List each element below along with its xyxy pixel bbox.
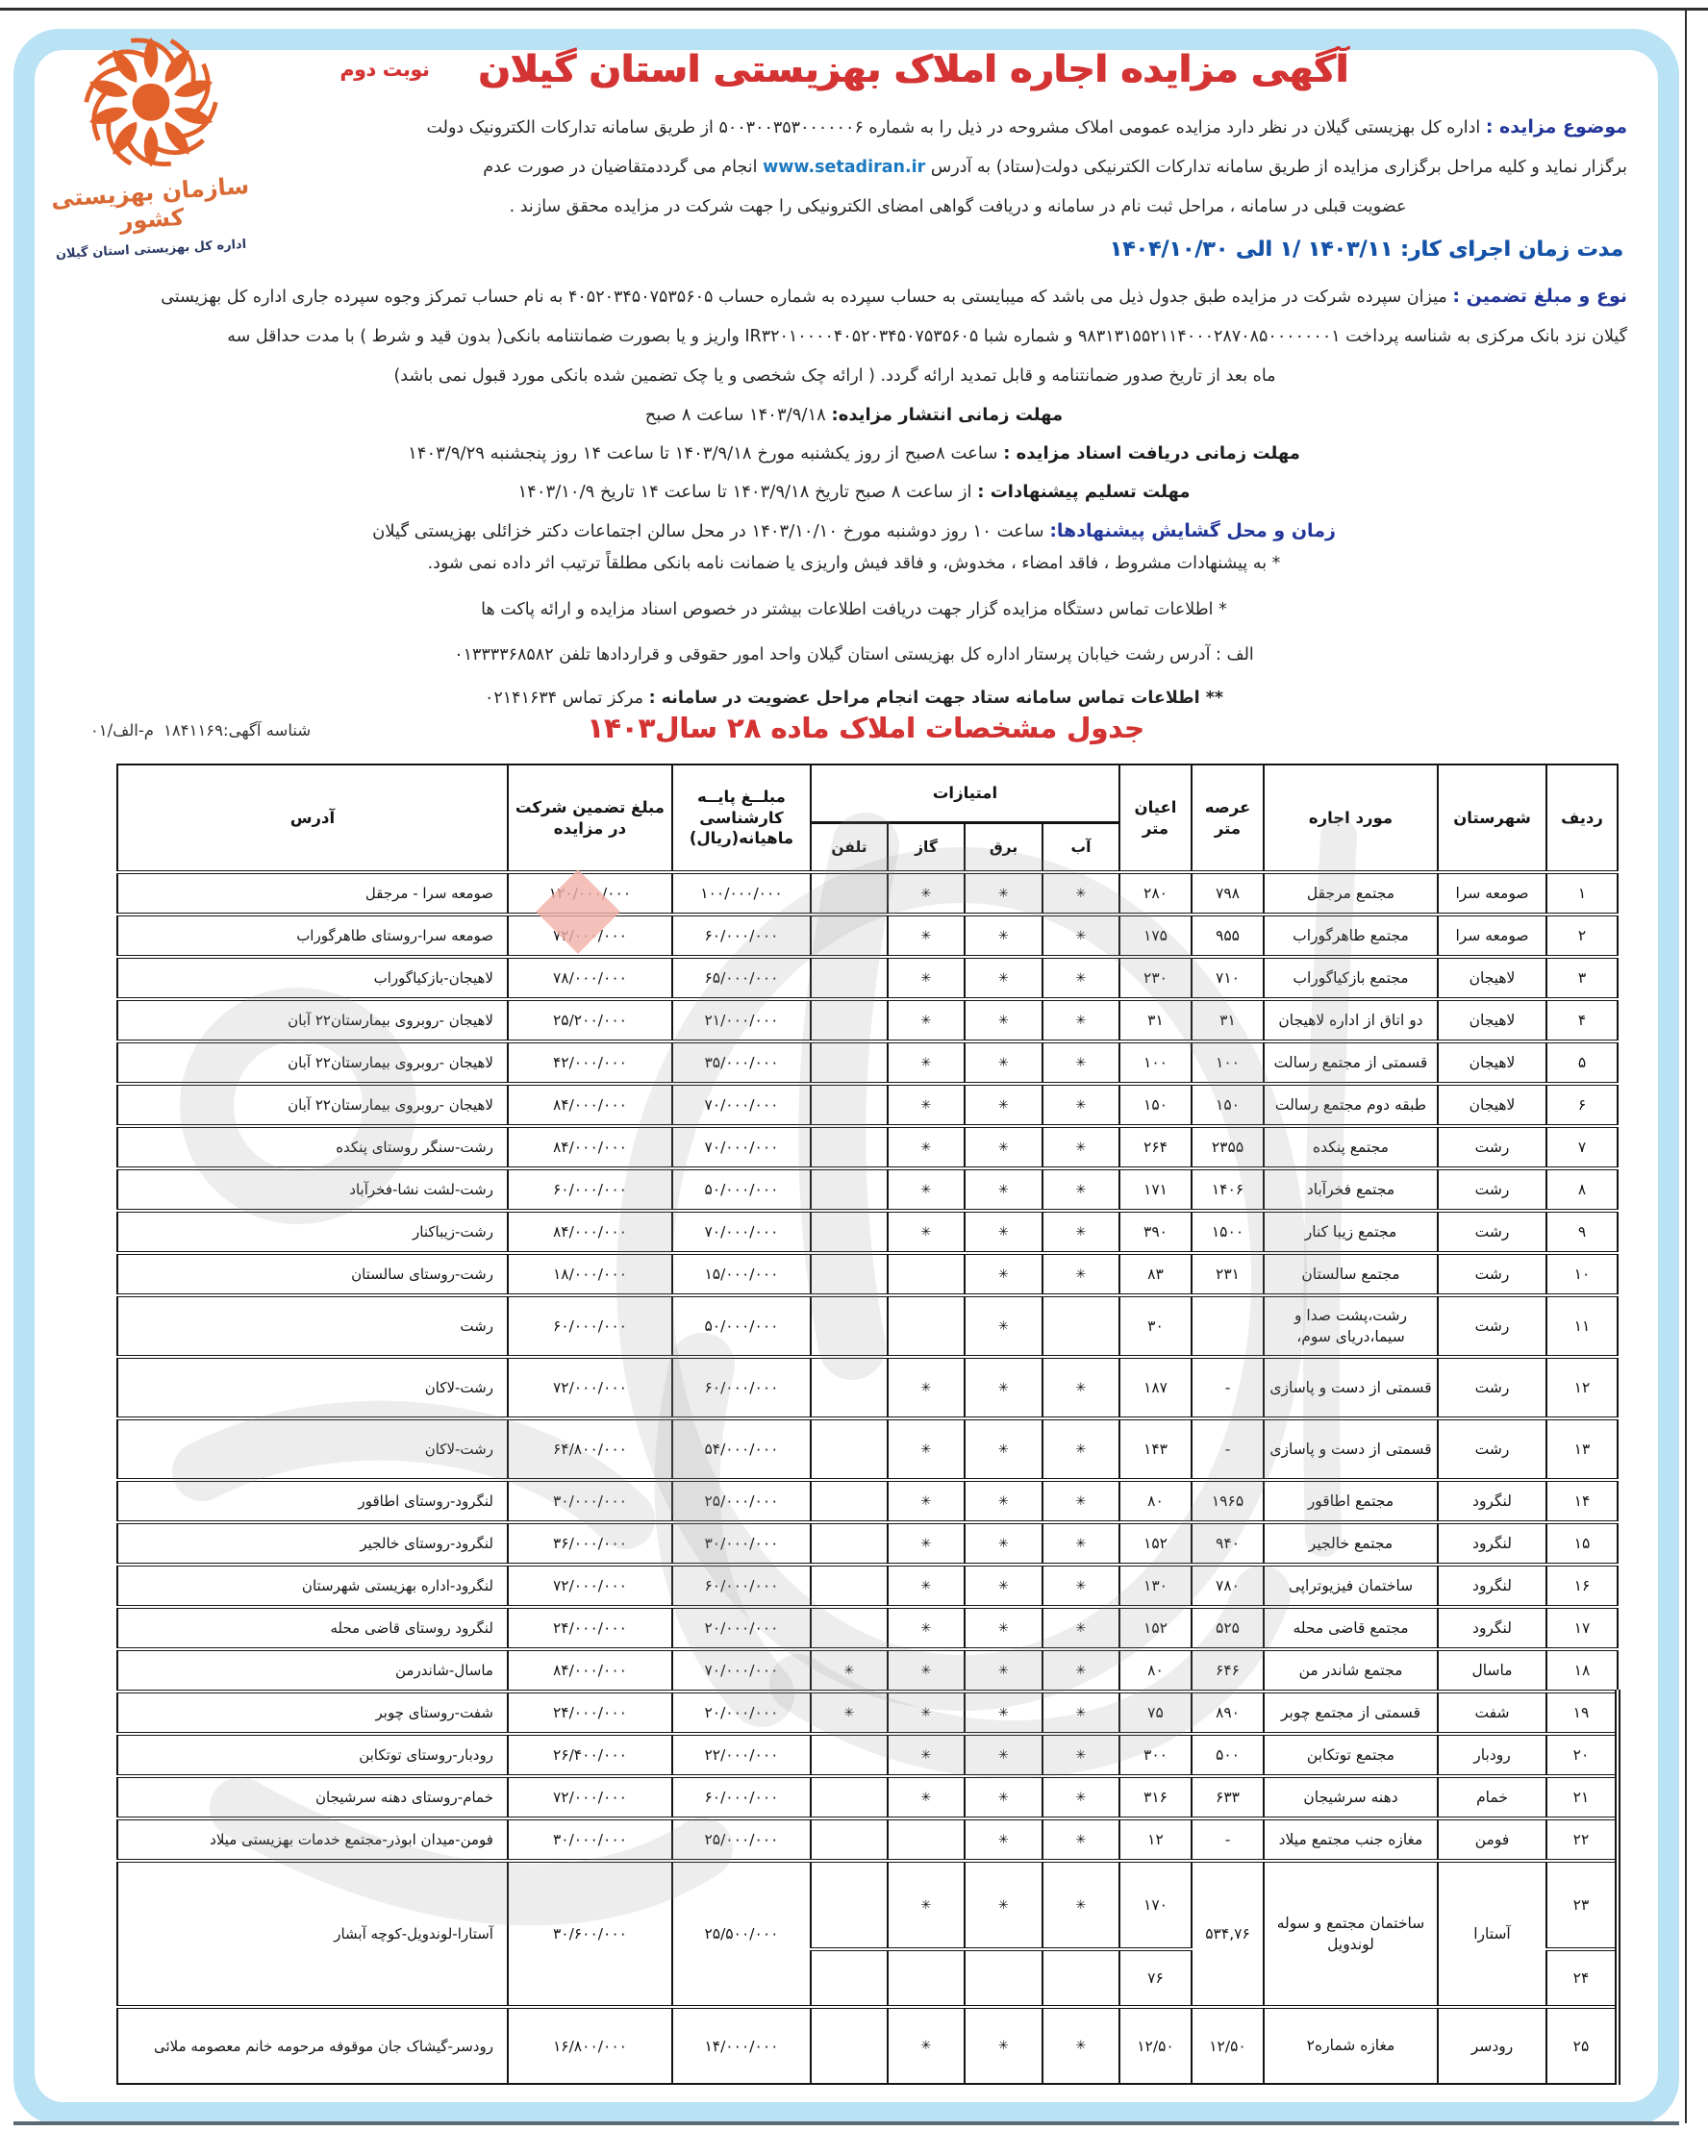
table-row: ۱۴لنگرودمجتمع اطاقور۱۹۶۵۸۰✳✳✳۲۵/۰۰۰/۰۰۰۳…: [117, 1480, 1618, 1522]
priv-gas-cell: ✳: [888, 1776, 965, 1818]
deposit-amount-cell: ۸۴/۰۰۰/۰۰۰: [508, 1084, 672, 1126]
priv-gas-cell: ✳: [888, 915, 965, 957]
arseh-cell: ۲۳۵۵: [1192, 1126, 1264, 1168]
base-amount-cell: ۶۰/۰۰۰/۰۰۰: [672, 1776, 811, 1818]
base-amount-cell: ۲۵/۰۰۰/۰۰۰: [672, 1480, 811, 1522]
priv-elec-cell: ✳: [965, 1480, 1042, 1522]
table-row: ۲۰رودبارمجتمع توتکابن۵۰۰۳۰۰✳✳✳۲۲/۰۰۰/۰۰۰…: [117, 1734, 1618, 1776]
deadlines-block: مهلت زمانی انتشار مزایده: ۱۴۰۳/۹/۱۸ ساعت…: [181, 396, 1527, 551]
priv-phone-cell: [811, 999, 888, 1041]
arseh-cell: -: [1192, 1818, 1264, 1861]
priv-water-cell: ✳: [1042, 1607, 1119, 1649]
row-number: ۱: [1546, 872, 1618, 915]
priv-phone-cell: [811, 1295, 888, 1357]
city-cell: رشت: [1438, 1295, 1546, 1357]
priv-water-cell: ✳: [1042, 1253, 1119, 1295]
priv-phone-cell: [811, 915, 888, 957]
table-row: ۸رشتمجتمع فخرآباد۱۴۰۶۱۷۱✳✳✳۵۰/۰۰۰/۰۰۰۶۰/…: [117, 1168, 1618, 1211]
priv-phone-cell: [811, 1522, 888, 1565]
ayan-cell: ۱۵۰: [1119, 1084, 1192, 1126]
priv-gas-cell: ✳: [888, 1211, 965, 1253]
priv-water-cell: ✳: [1042, 1168, 1119, 1211]
priv-gas-cell: ✳: [888, 1734, 965, 1776]
guarantee-line-3: ماه بعد از تاریخ صدور ضمانتنامه و قابل ت…: [42, 357, 1627, 396]
priv-gas-cell: ✳: [888, 2007, 965, 2084]
priv-water-cell: ✳: [1042, 1649, 1119, 1692]
city-cell: رشت: [1438, 1126, 1546, 1168]
row-number: ۲۱: [1546, 1776, 1618, 1818]
priv-water-cell: ✳: [1042, 957, 1119, 999]
table-row: ۴لاهیجاندو اتاق از اداره لاهیجان۳۱۳۱✳✳✳۲…: [117, 999, 1618, 1041]
priv-water-cell: ✳: [1042, 915, 1119, 957]
note-address-phone: الف : آدرس رشت خیابان پرستار اداره کل به…: [181, 645, 1527, 664]
table-row: ۱۳رشتقسمتی از دست و پاسازی-۱۴۳✳✳✳۵۴/۰۰۰/…: [117, 1418, 1618, 1480]
setadiran-url: www.setadiran.ir: [763, 158, 925, 177]
row-number: ۲: [1546, 915, 1618, 957]
top-rule: [0, 8, 1708, 11]
deposit-amount-cell: ۷۲/۰۰۰/۰۰۰: [508, 915, 672, 957]
priv-elec-cell: ✳: [965, 999, 1042, 1041]
priv-water-cell: [1042, 1949, 1119, 2007]
deadline-submit: مهلت تسلیم پیشنهادات : از ساعت ۸ صبح تار…: [181, 473, 1527, 512]
ayan-cell: ۱۳۰: [1119, 1565, 1192, 1607]
subject-cell: قسمتی از مجتمع رسالت: [1264, 1041, 1438, 1084]
arseh-cell: ۱۰۰: [1192, 1041, 1264, 1084]
col-elec: برق: [965, 823, 1042, 873]
priv-elec-cell: ✳: [965, 1168, 1042, 1211]
priv-phone-cell: [811, 1357, 888, 1418]
address-cell: رشت-لشت نشا-فخرآباد: [117, 1168, 508, 1211]
deposit-amount-cell: ۷۸/۰۰۰/۰۰۰: [508, 957, 672, 999]
priv-gas-cell: ✳: [888, 1480, 965, 1522]
ayan-cell: ۲۳۰: [1119, 957, 1192, 999]
priv-elec-cell: ✳: [965, 1418, 1042, 1480]
col-city: شهرستان: [1438, 765, 1546, 872]
priv-elec-cell: ✳: [965, 1565, 1042, 1607]
priv-gas-cell: ✳: [888, 1357, 965, 1418]
city-cell: ماسال: [1438, 1649, 1546, 1692]
col-base: مبلــغ پایــه کارشناسی ماهیانه(ریال): [672, 765, 811, 872]
table-row: ۲۳آستاراساختمان مجتمع و سوله لوندویل۵۳۴,…: [117, 1861, 1618, 1949]
arseh-cell: ۶۳۳: [1192, 1776, 1264, 1818]
ayan-cell: ۳۹۰: [1119, 1211, 1192, 1253]
subject-cell: قسمتی از دست و پاسازی: [1264, 1357, 1438, 1418]
base-amount-cell: ۵۰/۰۰۰/۰۰۰: [672, 1168, 811, 1211]
subject-cell: قسمتی از دست و پاسازی: [1264, 1418, 1438, 1480]
priv-elec-cell: ✳: [965, 1084, 1042, 1126]
table-row: ۱۶لنگرودساختمان فیزیوتراپی۷۸۰۱۳۰✳✳✳۶۰/۰۰…: [117, 1565, 1618, 1607]
deposit-amount-cell: ۳۰/۰۰۰/۰۰۰: [508, 1480, 672, 1522]
row-number: ۷: [1546, 1126, 1618, 1168]
row-number: ۱۶: [1546, 1565, 1618, 1607]
note-conditions: * به پیشنهادات مشروط ، فاقد امضاء ، مخدو…: [181, 554, 1527, 573]
priv-elec-cell: ✳: [965, 1776, 1042, 1818]
base-amount-cell: ۱۰۰/۰۰۰/۰۰۰: [672, 872, 811, 915]
priv-phone-cell: [811, 2007, 888, 2084]
row-number: ۱۹: [1546, 1692, 1618, 1734]
priv-phone-cell: [811, 872, 888, 915]
arseh-cell: ۷۹۸: [1192, 872, 1264, 915]
row-number: ۳: [1546, 957, 1618, 999]
subject-cell: مجتمع خالجیر: [1264, 1522, 1438, 1565]
base-amount-cell: ۲۵/۵۰۰/۰۰۰: [672, 1861, 811, 2007]
priv-gas-cell: ✳: [888, 1649, 965, 1692]
priv-gas-cell: ✳: [888, 1692, 965, 1734]
priv-elec-cell: ✳: [965, 1357, 1042, 1418]
priv-elec-cell: ✳: [965, 1861, 1042, 1949]
subject-cell: مجتمع توتکابن: [1264, 1734, 1438, 1776]
base-amount-cell: ۱۴/۰۰۰/۰۰۰: [672, 2007, 811, 2084]
base-amount-cell: ۵۰/۰۰۰/۰۰۰: [672, 1295, 811, 1357]
city-cell: فومن: [1438, 1818, 1546, 1861]
priv-gas-cell: ✳: [888, 1418, 965, 1480]
table-row: ۱۸ماسالمجتمع شاندر من۶۴۶۸۰✳✳✳✳۷۰/۰۰۰/۰۰۰…: [117, 1649, 1618, 1692]
base-amount-cell: ۷۰/۰۰۰/۰۰۰: [672, 1126, 811, 1168]
arseh-cell: ۱۹۶۵: [1192, 1480, 1264, 1522]
priv-gas-cell: ✳: [888, 1522, 965, 1565]
col-phone: تلفن: [811, 823, 888, 873]
base-amount-cell: ۵۴/۰۰۰/۰۰۰: [672, 1418, 811, 1480]
priv-gas-cell: ✳: [888, 1084, 965, 1126]
priv-phone-cell: [811, 1949, 888, 2007]
arseh-cell: ۲۳۱: [1192, 1253, 1264, 1295]
frame-bottom-rule: [13, 2121, 1679, 2125]
priv-elec-cell: ✳: [965, 872, 1042, 915]
priv-water-cell: ✳: [1042, 1734, 1119, 1776]
address-cell: رشت-لاکان: [117, 1418, 508, 1480]
priv-phone-cell: [811, 1253, 888, 1295]
ayan-cell: ۱۲/۵۰: [1119, 2007, 1192, 2084]
row-number: ۲۴: [1546, 1949, 1618, 2007]
priv-water-cell: ✳: [1042, 1818, 1119, 1861]
arseh-cell: ۷۱۰: [1192, 957, 1264, 999]
col-address: آدرس: [117, 765, 508, 872]
priv-gas-cell: ✳: [888, 1565, 965, 1607]
city-cell: شفت: [1438, 1692, 1546, 1734]
address-cell: رودبار-روستای توتکابن: [117, 1734, 508, 1776]
table-title: جدول مشخصات املاک ماده ۲۸ سال۱۴۰۳: [289, 712, 1443, 744]
page-title: آگهی مزایده اجاره املاک بهزیستی استان گی…: [385, 48, 1443, 91]
table-row: ۱۵لنگرودمجتمع خالجیر۹۴۰۱۵۲✳✳✳۳۰/۰۰۰/۰۰۰۳…: [117, 1522, 1618, 1565]
table-row: ۶لاهیجانطبقه دوم مجتمع رسالت۱۵۰۱۵۰✳✳✳۷۰/…: [117, 1084, 1618, 1126]
ayan-cell: ۸۳: [1119, 1253, 1192, 1295]
deposit-amount-cell: ۲۶/۴۰۰/۰۰۰: [508, 1734, 672, 1776]
table-row: ۱۱رشترشت،پشت صدا و سیما،دریای سوم،۳۰✳۵۰/…: [117, 1295, 1618, 1357]
priv-phone-cell: [811, 1565, 888, 1607]
deposit-amount-cell: ۲۴/۰۰۰/۰۰۰: [508, 1607, 672, 1649]
priv-phone-cell: [811, 1168, 888, 1211]
ayan-cell: ۸۰: [1119, 1480, 1192, 1522]
priv-elec-cell: ✳: [965, 1692, 1042, 1734]
priv-elec-cell: ✳: [965, 1734, 1042, 1776]
priv-elec-cell: [965, 1949, 1042, 2007]
deposit-amount-cell: ۳۶/۰۰۰/۰۰۰: [508, 1522, 672, 1565]
priv-gas-cell: ✳: [888, 1126, 965, 1168]
arseh-cell: ۱۵۰: [1192, 1084, 1264, 1126]
address-cell: خمام-روستای دهنه سرشیجان: [117, 1776, 508, 1818]
priv-water-cell: ✳: [1042, 1776, 1119, 1818]
city-cell: لنگرود: [1438, 1607, 1546, 1649]
priv-gas-cell: ✳: [888, 1861, 965, 1949]
priv-elec-cell: ✳: [965, 1522, 1042, 1565]
deposit-amount-cell: ۶۰/۰۰۰/۰۰۰: [508, 1168, 672, 1211]
deadline-opening: زمان و محل گشایش پیشنهادها: ساعت ۱۰ روز …: [181, 512, 1527, 551]
base-amount-cell: ۶۰/۰۰۰/۰۰۰: [672, 915, 811, 957]
base-amount-cell: ۷۰/۰۰۰/۰۰۰: [672, 1649, 811, 1692]
priv-gas-cell: [888, 1253, 965, 1295]
address-cell: صومعه سرا - مرجقل: [117, 872, 508, 915]
table-row: ۵لاهیجانقسمتی از مجتمع رسالت۱۰۰۱۰۰✳✳✳۳۵/…: [117, 1041, 1618, 1084]
arseh-cell: ۹۴۰: [1192, 1522, 1264, 1565]
row-number: ۱۲: [1546, 1357, 1618, 1418]
work-duration: مدت زمان اجرای کار: ۱/ ۱۴۰۳/۱۱ الی ۱۴۰۴/…: [1110, 238, 1623, 262]
subject-cell: مغازه شماره۲: [1264, 2007, 1438, 2084]
deadline-publish: مهلت زمانی انتشار مزایده: ۱۴۰۳/۹/۱۸ ساعت…: [181, 396, 1527, 435]
subject-cell: مجتمع اطاقور: [1264, 1480, 1438, 1522]
base-amount-cell: ۷۰/۰۰۰/۰۰۰: [672, 1084, 811, 1126]
city-cell: رشت: [1438, 1253, 1546, 1295]
row-number: ۲۵: [1546, 2007, 1618, 2084]
priv-elec-cell: ✳: [965, 1211, 1042, 1253]
table-body: ۱صومعه سرامجتمع مرجقل۷۹۸۲۸۰✳✳✳۱۰۰/۰۰۰/۰۰…: [117, 872, 1618, 2084]
round-label: نوبت دوم: [317, 58, 452, 81]
subject-line-3: عضویت قبلی در سامانه ، مراحل ثبت نام در …: [289, 188, 1627, 227]
priv-gas-cell: ✳: [888, 1607, 965, 1649]
properties-table-wrap: ردیف شهرستان مورد اجاره عرصه متر اعیان م…: [120, 764, 1620, 2085]
ayan-cell: ۳۱۶: [1119, 1776, 1192, 1818]
arseh-cell: ۱۵۰۰: [1192, 1211, 1264, 1253]
base-amount-cell: ۶۵/۰۰۰/۰۰۰: [672, 957, 811, 999]
subject-line-2: برگزار نماید و کلیه مراحل برگزاری مزایده…: [289, 148, 1627, 188]
address-cell: لاهیجان -روبروی بیمارستان۲۲ آبان: [117, 1041, 508, 1084]
table-header: ردیف شهرستان مورد اجاره عرصه متر اعیان م…: [117, 765, 1618, 872]
row-number: ۱۴: [1546, 1480, 1618, 1522]
city-cell: لاهیجان: [1438, 1084, 1546, 1126]
table-row: ۳لاهیجانمجتمع بازکیاگوراب۷۱۰۲۳۰✳✳✳۶۵/۰۰۰…: [117, 957, 1618, 999]
arseh-cell: ۵۰۰: [1192, 1734, 1264, 1776]
priv-water-cell: ✳: [1042, 1126, 1119, 1168]
behzisti-flower-icon: [79, 35, 223, 171]
priv-elec-cell: ✳: [965, 1041, 1042, 1084]
priv-phone-cell: ✳: [811, 1649, 888, 1692]
row-number: ۱۳: [1546, 1418, 1618, 1480]
note-setad-contact: ** اطلاعات تماس سامانه ستاد جهت انجام مر…: [181, 689, 1527, 708]
priv-phone-cell: [811, 1818, 888, 1861]
priv-water-cell: ✳: [1042, 872, 1119, 915]
ayan-cell: ۲۸۰: [1119, 872, 1192, 915]
arseh-cell: -: [1192, 1357, 1264, 1418]
row-number: ۲۲: [1546, 1818, 1618, 1861]
priv-phone-cell: [811, 1418, 888, 1480]
row-number: ۲۳: [1546, 1861, 1618, 1949]
priv-gas-cell: ✳: [888, 999, 965, 1041]
priv-water-cell: ✳: [1042, 1565, 1119, 1607]
ayan-cell: ۳۰: [1119, 1295, 1192, 1357]
subject-cell: دهنه سرشیجان: [1264, 1776, 1438, 1818]
priv-water-cell: ✳: [1042, 1692, 1119, 1734]
table-row: ۲۱خمامدهنه سرشیجان۶۳۳۳۱۶✳✳✳۶۰/۰۰۰/۰۰۰۷۲/…: [117, 1776, 1618, 1818]
base-amount-cell: ۶۰/۰۰۰/۰۰۰: [672, 1357, 811, 1418]
subject-cell: مجتمع طاهرگوراب: [1264, 915, 1438, 957]
arseh-cell: ۱۲/۵۰: [1192, 2007, 1264, 2084]
priv-water-cell: ✳: [1042, 999, 1119, 1041]
arseh-cell: ۶۴۶: [1192, 1649, 1264, 1692]
address-cell: لنگرود-روستای اطاقور: [117, 1480, 508, 1522]
table-row: ۹رشتمجتمع زیبا کنار۱۵۰۰۳۹۰✳✳✳۷۰/۰۰۰/۰۰۰۸…: [117, 1211, 1618, 1253]
priv-elec-cell: ✳: [965, 1818, 1042, 1861]
address-cell: لنگرود روستای قاضی محله: [117, 1607, 508, 1649]
arseh-cell: -: [1192, 1418, 1264, 1480]
table-row: ۱۹شفتقسمتی از مجتمع چوبر۸۹۰۷۵✳✳✳✳۲۰/۰۰۰/…: [117, 1692, 1618, 1734]
priv-elec-cell: ✳: [965, 2007, 1042, 2084]
table-row: ۱صومعه سرامجتمع مرجقل۷۹۸۲۸۰✳✳✳۱۰۰/۰۰۰/۰۰…: [117, 872, 1618, 915]
row-number: ۹: [1546, 1211, 1618, 1253]
guarantee-paragraph: نوع و مبلغ تضمین : میزان سپرده شرکت در م…: [42, 277, 1627, 396]
ayan-cell: ۱۲: [1119, 1818, 1192, 1861]
deposit-amount-cell: ۴۲/۰۰۰/۰۰۰: [508, 1041, 672, 1084]
deposit-amount-cell: ۲۴/۰۰۰/۰۰۰: [508, 1692, 672, 1734]
table-row: ۱۲رشتقسمتی از دست و پاسازی-۱۸۷✳✳✳۶۰/۰۰۰/…: [117, 1357, 1618, 1418]
deposit-amount-cell: ۷۲/۰۰۰/۰۰۰: [508, 1776, 672, 1818]
deadline-docs: مهلت زمانی دریافت اسناد مزایده : ساعت ۸ص…: [181, 435, 1527, 473]
priv-gas-cell: [888, 1818, 965, 1861]
priv-elec-cell: ✳: [965, 1607, 1042, 1649]
subject-cell: طبقه دوم مجتمع رسالت: [1264, 1084, 1438, 1126]
arseh-cell: ۷۸۰: [1192, 1565, 1264, 1607]
address-cell: آستارا-لوندویل-کوچه آبشار: [117, 1861, 508, 2007]
row-number: ۲۰: [1546, 1734, 1618, 1776]
priv-elec-cell: ✳: [965, 1649, 1042, 1692]
subject-cell: مجتمع مرجقل: [1264, 872, 1438, 915]
priv-gas-cell: [888, 1949, 965, 2007]
priv-elec-cell: ✳: [965, 1295, 1042, 1357]
row-number: ۱۷: [1546, 1607, 1618, 1649]
table-row: ۱۰رشتمجتمع سالستان۲۳۱۸۳✳✳۱۵/۰۰۰/۰۰۰۱۸/۰۰…: [117, 1253, 1618, 1295]
city-cell: رشت: [1438, 1418, 1546, 1480]
arseh-cell: ۳۱: [1192, 999, 1264, 1041]
base-amount-cell: ۲۰/۰۰۰/۰۰۰: [672, 1692, 811, 1734]
city-cell: لنگرود: [1438, 1565, 1546, 1607]
row-number: ۵: [1546, 1041, 1618, 1084]
note-contact-info: * اطلاعات تماس دستگاه مزایده گزار جهت در…: [181, 600, 1527, 619]
address-cell: صومعه سرا-روستای طاهرگوراب: [117, 915, 508, 957]
subject-line-1: موضوع مزایده : اداره کل بهزیستی گیلان در…: [289, 108, 1627, 148]
priv-water-cell: ✳: [1042, 1211, 1119, 1253]
priv-phone-cell: ✳: [811, 1692, 888, 1734]
address-cell: رشت-سنگر روستای پنکده: [117, 1126, 508, 1168]
priv-water-cell: [1042, 1295, 1119, 1357]
subject-cell: مجتمع زیبا کنار: [1264, 1211, 1438, 1253]
priv-water-cell: ✳: [1042, 1418, 1119, 1480]
city-cell: لنگرود: [1438, 1480, 1546, 1522]
deposit-amount-cell: ۶۴/۸۰۰/۰۰۰: [508, 1418, 672, 1480]
guarantee-line-2: گیلان نزد بانک مرکزی به شناسه پرداخت ۹۸۳…: [42, 317, 1627, 357]
guarantee-label: نوع و مبلغ تضمین :: [1452, 286, 1627, 307]
subject-cell: مجتمع فخرآباد: [1264, 1168, 1438, 1211]
col-privileges: امتیازات: [811, 765, 1119, 823]
ayan-cell: ۱۷۱: [1119, 1168, 1192, 1211]
address-cell: لاهیجان-بازکیاگوراب: [117, 957, 508, 999]
subject-cell: مجتمع پنکده: [1264, 1126, 1438, 1168]
address-cell: لنگرود-اداره بهزیستی شهرستان: [117, 1565, 508, 1607]
priv-gas-cell: ✳: [888, 872, 965, 915]
ayan-cell: ۱۸۷: [1119, 1357, 1192, 1418]
subject-label: موضوع مزایده :: [1486, 116, 1627, 138]
deposit-amount-cell: ۱۸/۰۰۰/۰۰۰: [508, 1253, 672, 1295]
priv-water-cell: ✳: [1042, 1084, 1119, 1126]
city-cell: لنگرود: [1438, 1522, 1546, 1565]
guarantee-line-1: نوع و مبلغ تضمین : میزان سپرده شرکت در م…: [42, 277, 1627, 317]
address-cell: رشت-لاکان: [117, 1357, 508, 1418]
priv-water-cell: ✳: [1042, 1480, 1119, 1522]
address-cell: رشت-زیباکنار: [117, 1211, 508, 1253]
ayan-cell: ۱۰۰: [1119, 1041, 1192, 1084]
behzisti-logo-block: سازمان بهزیستی کشور اداره کل بهزیستی است…: [50, 35, 252, 257]
deposit-amount-cell: ۳۰/۰۰۰/۰۰۰: [508, 1818, 672, 1861]
priv-phone-cell: [811, 1607, 888, 1649]
city-cell: رشت: [1438, 1168, 1546, 1211]
city-cell: آستارا: [1438, 1861, 1546, 2007]
m-alef-code: م-الف/۰۱: [58, 721, 154, 740]
table-row: ۷رشتمجتمع پنکده۲۳۵۵۲۶۴✳✳✳۷۰/۰۰۰/۰۰۰۸۴/۰۰…: [117, 1126, 1618, 1168]
priv-gas-cell: ✳: [888, 1168, 965, 1211]
address-cell: فومن-میدان ابوذر-مجتمع خدمات بهزیستی میل…: [117, 1818, 508, 1861]
subject-cell: قسمتی از مجتمع چوبر: [1264, 1692, 1438, 1734]
priv-phone-cell: [811, 1126, 888, 1168]
properties-table: ردیف شهرستان مورد اجاره عرصه متر اعیان م…: [116, 764, 1620, 2085]
col-ayan: اعیان متر: [1119, 765, 1192, 872]
priv-elec-cell: ✳: [965, 1126, 1042, 1168]
city-cell: صومعه سرا: [1438, 872, 1546, 915]
city-cell: خمام: [1438, 1776, 1546, 1818]
priv-elec-cell: ✳: [965, 1253, 1042, 1295]
deposit-amount-cell: ۱۲۰/۰۰۰/۰۰۰: [508, 872, 672, 915]
arseh-cell: ۹۵۵: [1192, 915, 1264, 957]
ayan-cell: ۱۵۲: [1119, 1607, 1192, 1649]
deposit-amount-cell: ۸۴/۰۰۰/۰۰۰: [508, 1649, 672, 1692]
priv-phone-cell: [811, 1480, 888, 1522]
row-number: ۸: [1546, 1168, 1618, 1211]
table-row: ۲۲فومنمغازه جنب مجتمع میلاد-۱۲✳✳۲۵/۰۰۰/۰…: [117, 1818, 1618, 1861]
base-amount-cell: ۷۰/۰۰۰/۰۰۰: [672, 1211, 811, 1253]
priv-phone-cell: [811, 1861, 888, 1949]
subject-cell: مجتمع بازکیاگوراب: [1264, 957, 1438, 999]
right-column-rule: [1685, 8, 1687, 2123]
city-cell: لاهیجان: [1438, 957, 1546, 999]
deposit-amount-cell: ۸۴/۰۰۰/۰۰۰: [508, 1211, 672, 1253]
deposit-amount-cell: ۳۰/۶۰۰/۰۰۰: [508, 1861, 672, 2007]
col-row: ردیف: [1546, 765, 1618, 872]
subject-cell: مغازه جنب مجتمع میلاد: [1264, 1818, 1438, 1861]
address-cell: شفت-روستای چوبر: [117, 1692, 508, 1734]
deposit-amount-cell: ۷۲/۰۰۰/۰۰۰: [508, 1565, 672, 1607]
priv-phone-cell: [811, 1211, 888, 1253]
subject-cell: مجتمع شاندر من: [1264, 1649, 1438, 1692]
priv-water-cell: ✳: [1042, 1041, 1119, 1084]
table-row: ۱۷لنگرودمجتمع قاضی محله۵۲۵۱۵۲✳✳✳۲۰/۰۰۰/۰…: [117, 1607, 1618, 1649]
priv-elec-cell: ✳: [965, 957, 1042, 999]
ayan-cell: ۳۱: [1119, 999, 1192, 1041]
arseh-cell: ۵۲۵: [1192, 1607, 1264, 1649]
address-cell: ماسال-شاندرمن: [117, 1649, 508, 1692]
ayan-cell: ۱۴۳: [1119, 1418, 1192, 1480]
city-cell: لاهیجان: [1438, 999, 1546, 1041]
priv-phone-cell: [811, 1084, 888, 1126]
ayan-cell: ۷۵: [1119, 1692, 1192, 1734]
address-cell: لاهیجان -روبروی بیمارستان۲۲ آبان: [117, 999, 508, 1041]
ad-id: شناسه آگهی:۱۸۴۱۱۶۹: [163, 721, 327, 740]
base-amount-cell: ۶۰/۰۰۰/۰۰۰: [672, 1565, 811, 1607]
